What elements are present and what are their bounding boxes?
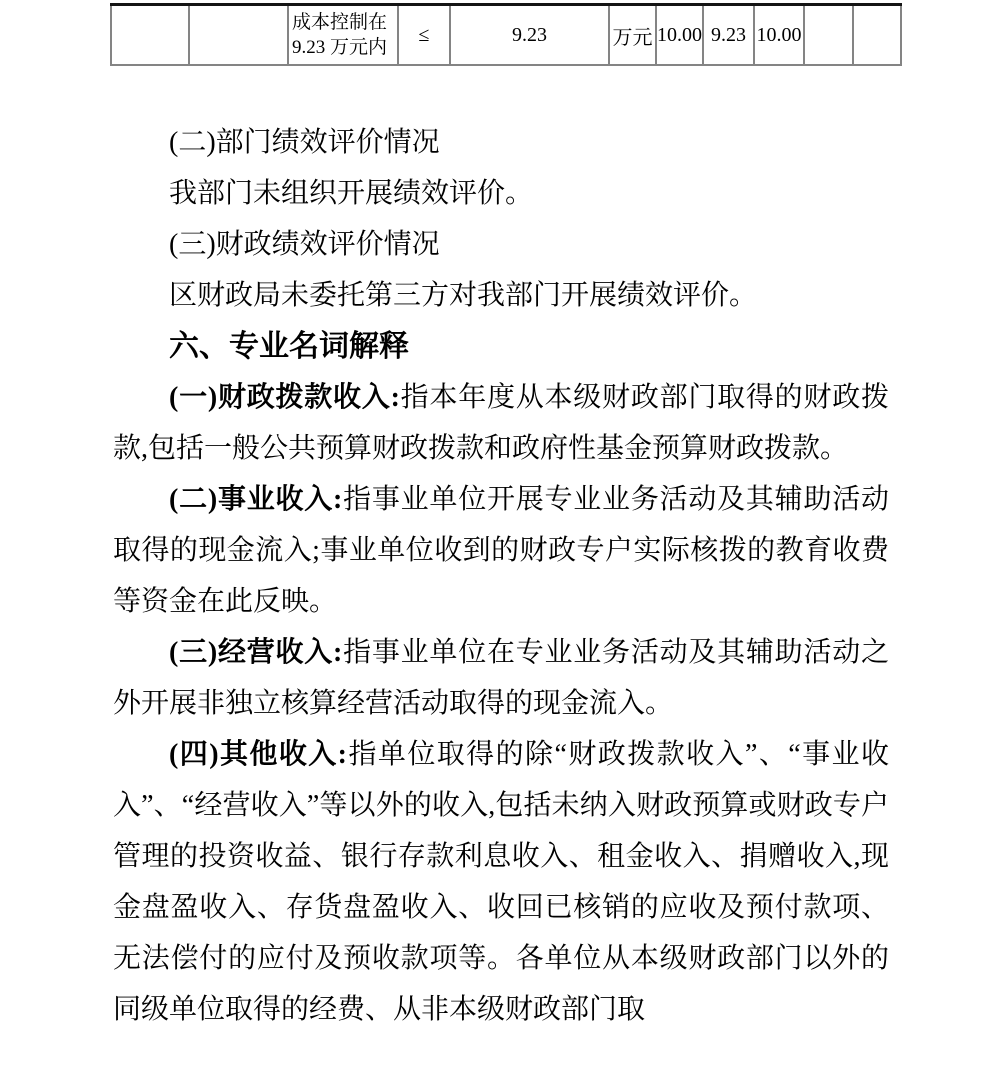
document-body: (二)部门绩效评价情况 我部门未组织开展绩效评价。 (三)财政绩效评价情况 区财…	[113, 117, 889, 1035]
term-lead-1: (一)财政拨款收入:	[169, 382, 400, 413]
table-cell-empty-2	[189, 5, 288, 66]
table-row: 成本控制在 9.23 万元内 ≤ 9.23 万元 10.00 9.23 10.0…	[111, 5, 901, 66]
table-cell-empty-1	[111, 5, 189, 66]
section-heading-fiscal-evaluation: (三)财政绩效评价情况	[113, 219, 889, 270]
performance-indicator-table: 成本控制在 9.23 万元内 ≤ 9.23 万元 10.00 9.23 10.0…	[110, 3, 902, 66]
table-cell-empty-4	[853, 5, 901, 66]
table-cell-empty-3	[804, 5, 853, 66]
table-cell-actual-value: 9.23	[703, 5, 754, 66]
table-cell-score: 10.00	[754, 5, 804, 66]
term-fiscal-appropriation-income: (一)财政拨款收入:指本年度从本级财政部门取得的财政拨款,包括一般公共预算财政拨…	[113, 372, 889, 474]
table-cell-indicator-target: 成本控制在 9.23 万元内	[288, 5, 398, 66]
term-lead-2: (二)事业收入:	[169, 484, 342, 515]
table-cell-weight: 10.00	[656, 5, 703, 66]
section-heading-dept-evaluation: (二)部门绩效评价情况	[113, 117, 889, 168]
term-operating-income: (三)经营收入:指事业单位在专业业务活动及其辅助活动之外开展非独立核算经营活动取…	[113, 627, 889, 729]
term-body-4: 指单位取得的除“财政拨款收入”、“事业收入”、“经营收入”等以外的收入,包括未纳…	[113, 739, 889, 1025]
section-body-fiscal-evaluation: 区财政局未委托第三方对我部门开展绩效评价。	[113, 270, 889, 321]
term-institution-income: (二)事业收入:指事业单位开展专业业务活动及其辅助活动取得的现金流入;事业单位收…	[113, 474, 889, 627]
table-cell-target-value: 9.23	[450, 5, 609, 66]
section-body-dept-evaluation: 我部门未组织开展绩效评价。	[113, 168, 889, 219]
table-cell-unit: 万元	[609, 5, 656, 66]
term-other-income: (四)其他收入:指单位取得的除“财政拨款收入”、“事业收入”、“经营收入”等以外…	[113, 729, 889, 1035]
table-cell-operator: ≤	[398, 5, 450, 66]
section-heading-terminology: 六、专业名词解释	[113, 321, 889, 372]
term-lead-4: (四)其他收入:	[169, 739, 347, 770]
term-lead-3: (三)经营收入:	[169, 637, 342, 668]
